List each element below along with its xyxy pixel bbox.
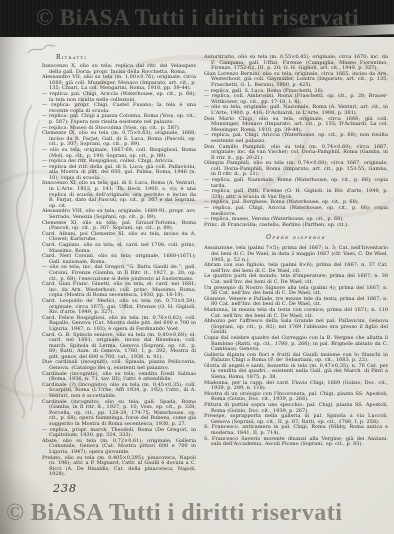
catalog-entry: S. Francesco Saverio morente dinanzi all… [204,437,388,448]
catalog-entry: S. Francesco, anticamera in pal. Chigi, … [204,425,388,436]
top-scan-band: © BiASA Tutti i diritti riservati [0,0,394,37]
left-entries-list: Innocenzo X, olio su tela; replica dal r… [42,64,196,478]
catalog-entry: Abbozzo per l'affresco della Sala Grande… [204,319,388,336]
catalog-entry: Clemente IX, olio su tela (m. 0,75×0,63)… [42,131,196,148]
catalog-entry: — replica del ritr. della gal. di S. Luc… [42,165,196,182]
catalog-entry: Card. Leopoldo de' Medici, olio su tela … [42,299,196,316]
catalog-entry: Assunzione, tela (palmi 7×5); prima del … [204,246,388,263]
margin-marbling-artifact [2,100,44,420]
right-column: Autoritratto, olio su tela (m. 0,55×0,45… [204,55,388,448]
catalog-entry: Card. G. B. Spinola seniore, olio su tel… [42,333,196,361]
catalog-entry: — olio su tela; inc. dal Gregori “G. Bat… [42,265,196,282]
catalog-entry: Card. Gian Franc. Ginetti, olio su tela,… [42,282,196,299]
catalog-entry: Card. Felice Rospigliosi, olio su tela (… [42,316,196,333]
watermark-bottom: © BiASA Tutti i diritti riservati [6,500,342,527]
catalog-entry: — replica, pal. Chigi, Ariccia (Waterhou… [204,133,388,144]
catalog-entry: Alessandro VII, olio su tela (m. 1,00×0,… [42,75,196,92]
catalog-entry: Abate, olio su tela (m. 0,72×0,61); orig… [42,439,196,456]
scanned-page: © BiASA Tutti i diritti riservati Ritrat… [0,0,394,534]
section-header-opere-disperse: Opere disperse [204,234,388,241]
catalog-entry: Gian Lorenzo Bernini, olio su tela, orig… [204,72,388,89]
catalog-entry: Innocenzo XI, olio su tela; gal. di S. L… [42,181,196,209]
catalog-entry: Cardinale (incognito), olio su tela; gal… [42,400,196,428]
right-entries-list-top: Autoritratto, olio su tela (m. 0,55×0,45… [204,55,388,228]
catalog-entry: Copia dal celebre quadro del Correggio c… [204,336,388,353]
left-column: Ritratti Innocenzo X, olio su tela; repl… [42,54,196,478]
catalog-entry: Don Mario Chigi, olio su tela, originale… [204,117,388,134]
catalog-entry: Alessandro VIII, olio su tela; originale… [42,209,196,220]
catalog-entry: Princ. di Francavilla; castello, Berlino… [204,223,388,229]
catalog-entry: Cardinale (?) (incognito); olio su tela … [42,383,196,400]
page-number: 238 [53,482,77,495]
catalog-entry: Olimpia Pamphili, olio su tela (m. 0,74×… [204,161,388,178]
catalog-entry: — olio su tela, originale; gall. Naziona… [204,105,388,116]
catalog-entry: Prelato, olio su tela (m. 0,405×0,295); … [42,456,196,478]
catalog-entry: Le quattro parti del mondo, tela d'imper… [204,274,388,285]
catalog-entry: Gloria di angeli e santi, bozzetto in te… [204,364,388,381]
catalog-entry: Due cardinali (incogniti); coll. Spinola… [42,360,196,371]
right-entries-list-bottom: Assunzione, tela (palmi 7×5); prima del … [204,246,388,447]
catalog-entry: Autoritratto, olio su tela (m. 0,55×0,45… [204,55,388,72]
catalog-entry: — replica: pal. Chigi a piazza Colonna, … [42,114,196,125]
catalog-entry: Don Camillo Pamphili, olio su tela (m. 0… [204,145,388,162]
section-header-ritratti: Ritratti [56,54,196,61]
